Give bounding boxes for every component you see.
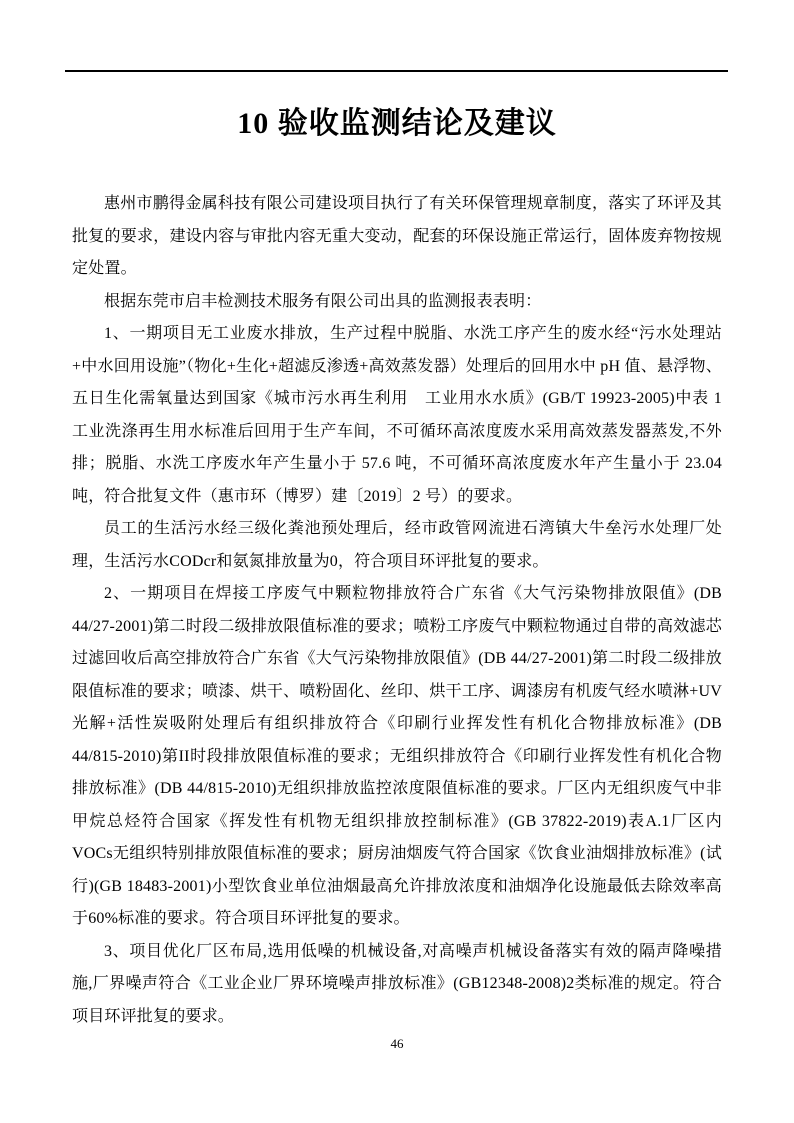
paragraph-item-2-exhaust-gas: 2、一期项目在焊接工序废气中颗粒物排放符合广东省《大气污染物排放限值》(DB 4… <box>72 578 722 936</box>
paragraph-item-1-wastewater: 1、一期项目无工业废水排放，生产过程中脱脂、水洗工序产生的废水经“污水处理站+中… <box>72 318 722 513</box>
page-number: 46 <box>0 1036 794 1052</box>
header-rule <box>65 70 728 72</box>
document-body: 惠州市鹏得金属科技有限公司建设项目执行了有关环保管理规章制度，落实了环评及其批复… <box>72 188 722 1033</box>
section-title: 10 验收监测结论及建议 <box>0 103 794 145</box>
paragraph-intro: 惠州市鹏得金属科技有限公司建设项目执行了有关环保管理规章制度，落实了环评及其批复… <box>72 188 722 286</box>
document-page: 10 验收监测结论及建议 惠州市鹏得金属科技有限公司建设项目执行了有关环保管理规… <box>0 0 794 1123</box>
paragraph-domestic-sewage: 员工的生活污水经三级化粪池预处理后，经市政管网流进石湾镇大牛垒污水处理厂处理，生… <box>72 513 722 578</box>
paragraph-monitoring-report: 根据东莞市启丰检测技术服务有限公司出具的监测报表表明： <box>72 286 722 319</box>
paragraph-item-3-noise: 3、项目优化厂区布局,选用低噪的机械设备,对高噪声机械设备落实有效的隔声降噪措施… <box>72 936 722 1034</box>
